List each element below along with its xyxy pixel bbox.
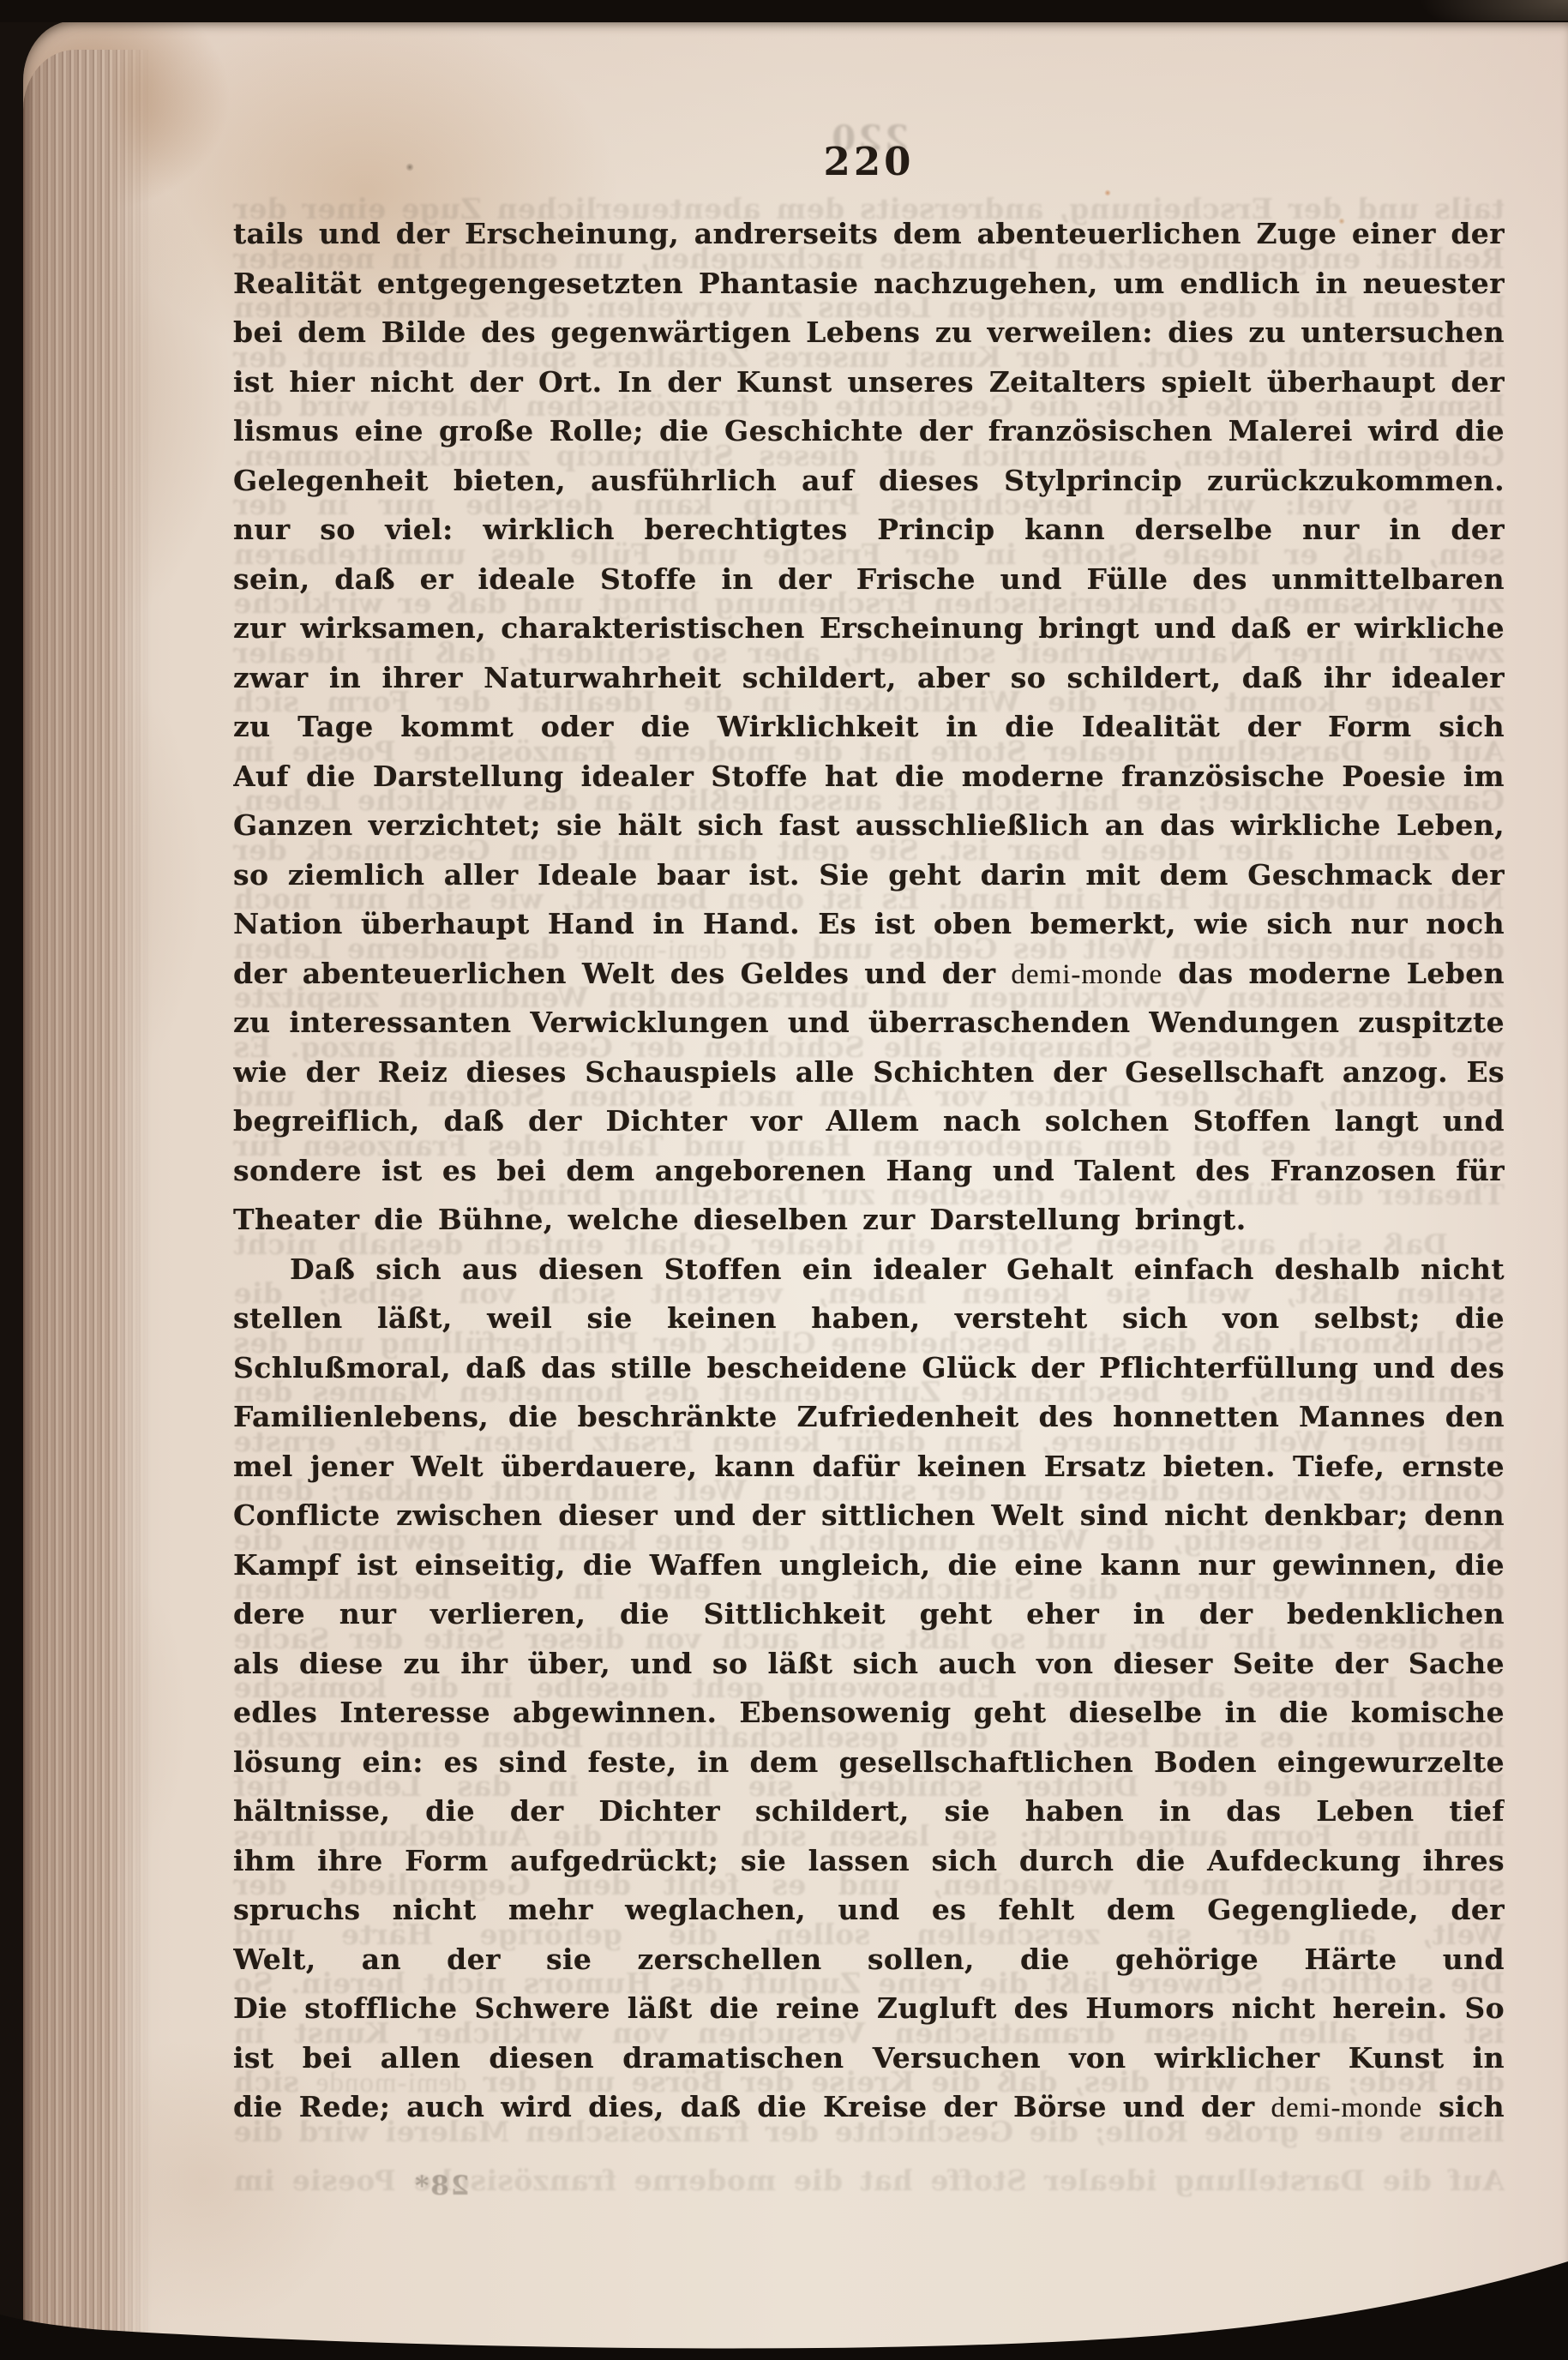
book-photo: 220 220 tails und der Erscheinung, andre…: [0, 0, 1568, 2360]
photo-background-bottom: [0, 0, 1568, 2360]
photo-background-sheen: [1388, 0, 1568, 21]
